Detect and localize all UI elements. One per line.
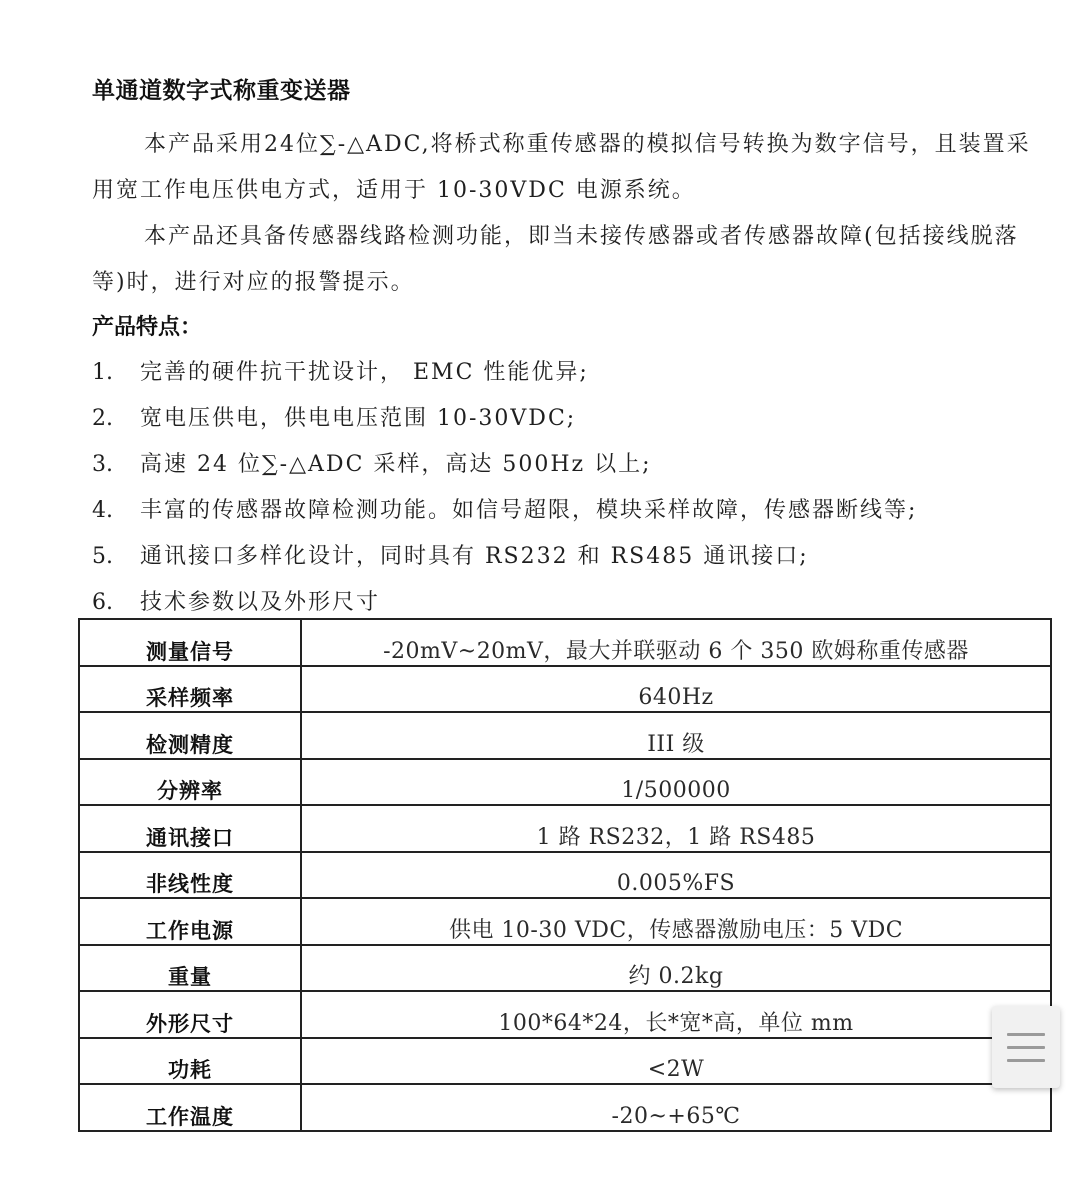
spec-label: 外形尺寸 [79, 991, 301, 1038]
feature-item: 4.丰富的传感器故障检测功能。如信号超限，模块采样故障，传感器断线等; [92, 488, 917, 534]
feature-text: 完善的硬件抗干扰设计， EMC 性能优异; [140, 360, 589, 385]
features-list: 1.完善的硬件抗干扰设计， EMC 性能优异; 2.宽电压供电，供电电压范围 1… [92, 350, 917, 626]
spec-label: 工作电源 [79, 898, 301, 945]
intro-paragraph-1: 本产品采用24位∑-△ADC,将桥式称重传感器的模拟信号转换为数字信号，且装置采… [92, 122, 1052, 214]
table-row: 分辨率1/500000 [79, 759, 1051, 806]
feature-item: 3.高速 24 位∑-△ADC 采样，高达 500Hz 以上; [92, 442, 917, 488]
table-row: 通讯接口1 路 RS232，1 路 RS485 [79, 805, 1051, 852]
feature-text: 丰富的传感器故障检测功能。如信号超限，模块采样故障，传感器断线等; [140, 498, 917, 523]
spec-value: -20~+65℃ [301, 1084, 1051, 1131]
table-row: 检测精度III 级 [79, 712, 1051, 759]
feature-text: 通讯接口多样化设计，同时具有 RS232 和 RS485 通讯接口; [140, 544, 809, 569]
spec-label: 测量信号 [79, 619, 301, 666]
intro-paragraph-2-text: 本产品还具备传感器线路检测功能，即当未接传感器或者传感器故障(包括接线脱落等)时… [92, 224, 1019, 295]
spec-value: 约 0.2kg [301, 945, 1051, 992]
feature-item: 2.宽电压供电，供电电压范围 10-30VDC; [92, 396, 917, 442]
spec-value: III 级 [301, 712, 1051, 759]
feature-number: 5. [92, 534, 140, 580]
feature-number: 4. [92, 488, 140, 534]
hamburger-menu-icon [1007, 1046, 1045, 1049]
hamburger-menu-icon [1007, 1059, 1045, 1062]
spec-value: 0.005%FS [301, 852, 1051, 899]
feature-item: 5.通讯接口多样化设计，同时具有 RS232 和 RS485 通讯接口; [92, 534, 917, 580]
spec-value: 640Hz [301, 666, 1051, 713]
intro-paragraph-1-text: 本产品采用24位∑-△ADC,将桥式称重传感器的模拟信号转换为数字信号，且装置采… [92, 132, 1031, 203]
feature-text: 技术参数以及外形尺寸 [140, 590, 380, 615]
hamburger-menu-icon [1007, 1033, 1045, 1036]
spec-label: 检测精度 [79, 712, 301, 759]
table-row: 非线性度0.005%FS [79, 852, 1051, 899]
spec-label: 工作温度 [79, 1084, 301, 1131]
document-title: 单通道数字式称重变送器 [92, 72, 351, 105]
spec-label: 功耗 [79, 1038, 301, 1085]
table-row: 功耗<2W [79, 1038, 1051, 1085]
feature-number: 1. [92, 350, 140, 396]
feature-text: 宽电压供电，供电电压范围 10-30VDC; [140, 406, 576, 431]
table-row: 重量约 0.2kg [79, 945, 1051, 992]
spec-value: 供电 10-30 VDC，传感器激励电压：5 VDC [301, 898, 1051, 945]
spec-value: -20mV~20mV，最大并联驱动 6 个 350 欧姆称重传感器 [301, 619, 1051, 666]
spec-table: 测量信号-20mV~20mV，最大并联驱动 6 个 350 欧姆称重传感器 采样… [78, 618, 1052, 1132]
spec-value: <2W [301, 1038, 1051, 1085]
feature-item: 1.完善的硬件抗干扰设计， EMC 性能优异; [92, 350, 917, 396]
features-heading: 产品特点： [92, 310, 202, 341]
feature-number: 3. [92, 442, 140, 488]
feature-text: 高速 24 位∑-△ADC 采样，高达 500Hz 以上; [140, 452, 652, 477]
floating-menu-button[interactable] [992, 1006, 1060, 1088]
intro-paragraph-2: 本产品还具备传感器线路检测功能，即当未接传感器或者传感器故障(包括接线脱落等)时… [92, 214, 1052, 306]
table-row: 工作温度-20~+65℃ [79, 1084, 1051, 1131]
spec-label: 通讯接口 [79, 805, 301, 852]
spec-value: 1 路 RS232，1 路 RS485 [301, 805, 1051, 852]
spec-label: 非线性度 [79, 852, 301, 899]
feature-number: 2. [92, 396, 140, 442]
spec-label: 重量 [79, 945, 301, 992]
spec-value: 100*64*24，长*宽*高，单位 mm [301, 991, 1051, 1038]
spec-value: 1/500000 [301, 759, 1051, 806]
table-row: 测量信号-20mV~20mV，最大并联驱动 6 个 350 欧姆称重传感器 [79, 619, 1051, 666]
spec-label: 分辨率 [79, 759, 301, 806]
spec-label: 采样频率 [79, 666, 301, 713]
table-row: 外形尺寸100*64*24，长*宽*高，单位 mm [79, 991, 1051, 1038]
table-row: 采样频率640Hz [79, 666, 1051, 713]
table-row: 工作电源供电 10-30 VDC，传感器激励电压：5 VDC [79, 898, 1051, 945]
